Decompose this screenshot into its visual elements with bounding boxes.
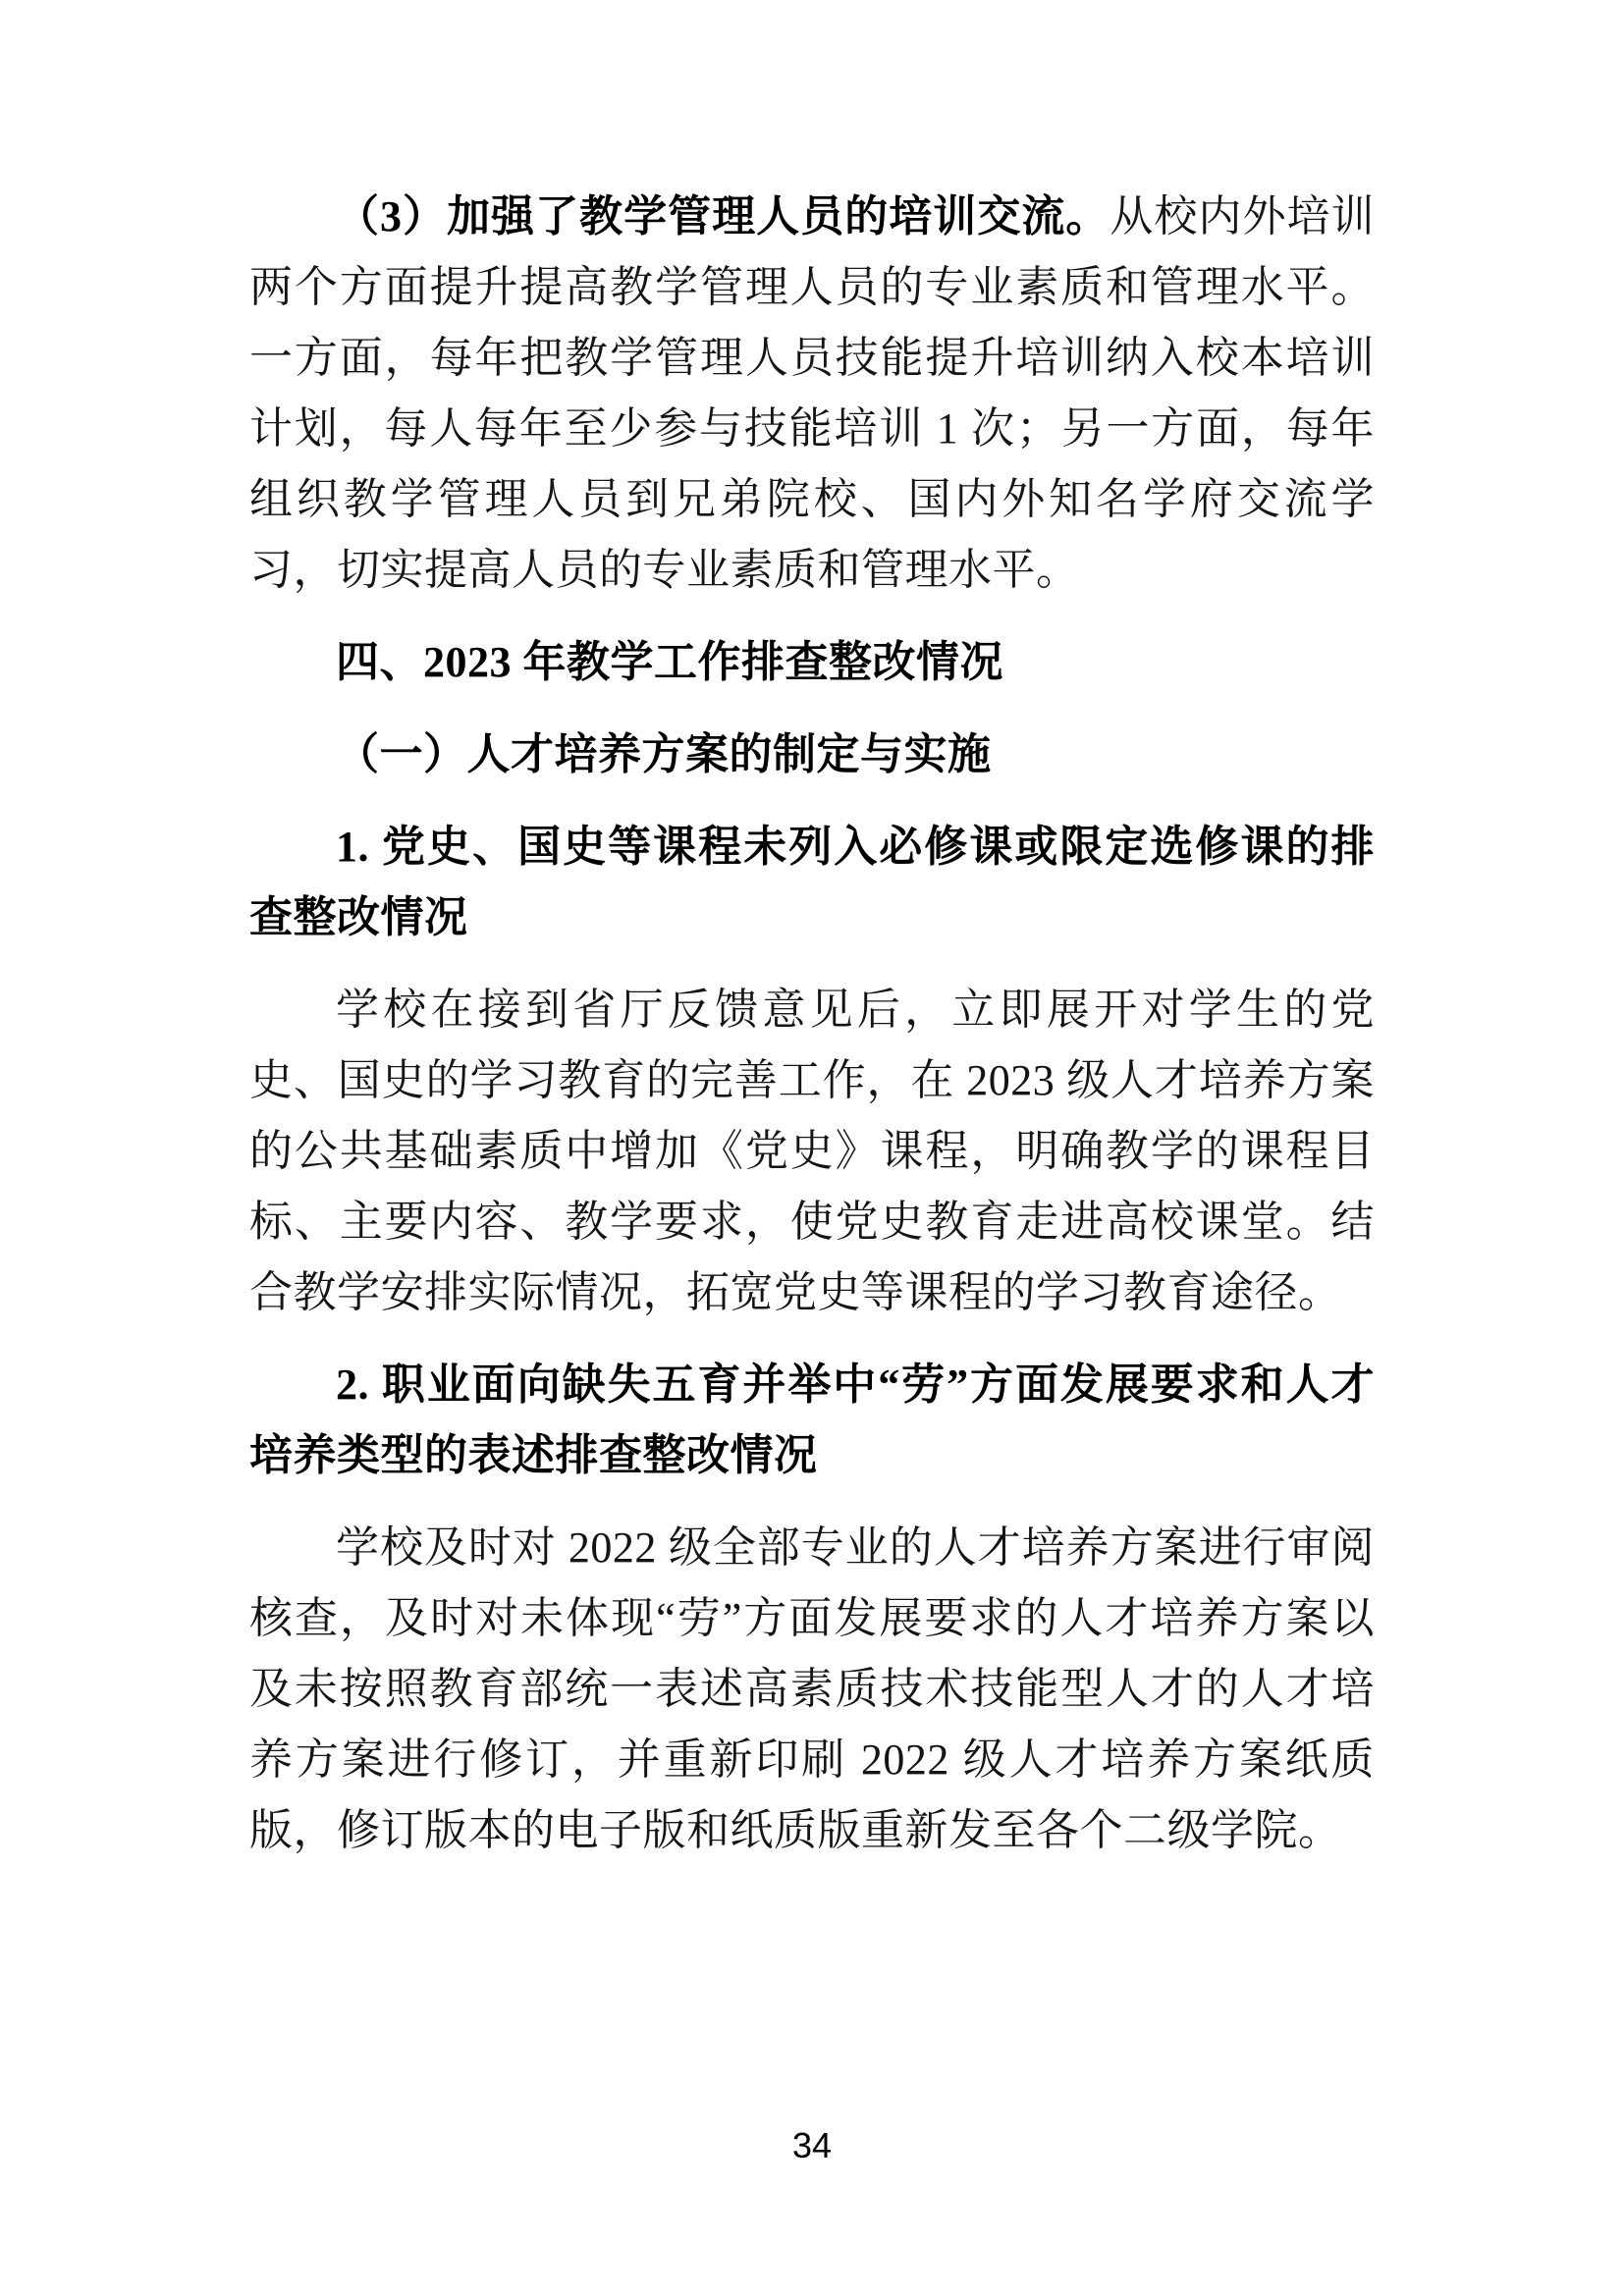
paragraph-item3-text: 从校内外培训两个方面提升提高教学管理人员的专业素质和管理水平。一方面，每年把教学… [249,192,1375,594]
item1-paragraph: 学校在接到省厅反馈意见后，立即展开对学生的党史、国史的学习教育的完善工作，在 2… [249,975,1375,1328]
subsection-heading: （一）人才培养方案的制定与实施 [249,720,1375,790]
document-page: （3）加强了教学管理人员的培训交流。从校内外培训两个方面提升提高教学管理人员的专… [0,0,1624,2296]
item2-paragraph: 学校及时对 2022 级全部专业的人才培养方案进行审阅核查，及时对未体现“劳”方… [249,1513,1375,1866]
section-heading: 四、2023 年教学工作排查整改情况 [249,627,1375,698]
page-number: 34 [792,2125,832,2165]
paragraph-item3-bold-lead: （3）加强了教学管理人员的培训交流。 [336,192,1110,240]
item2-heading: 2. 职业面向缺失五育并举中“劳”方面发展要求和人才培养类型的表述排查整改情况 [249,1350,1375,1491]
paragraph-item3: （3）加强了教学管理人员的培训交流。从校内外培训两个方面提升提高教学管理人员的专… [249,182,1375,606]
item1-heading: 1. 党史、国史等课程未列入必修课或限定选修课的排查整改情况 [249,812,1375,953]
document-body: （3）加强了教学管理人员的培训交流。从校内外培训两个方面提升提高教学管理人员的专… [249,182,1375,1866]
page-footer: 34 [0,2124,1624,2167]
